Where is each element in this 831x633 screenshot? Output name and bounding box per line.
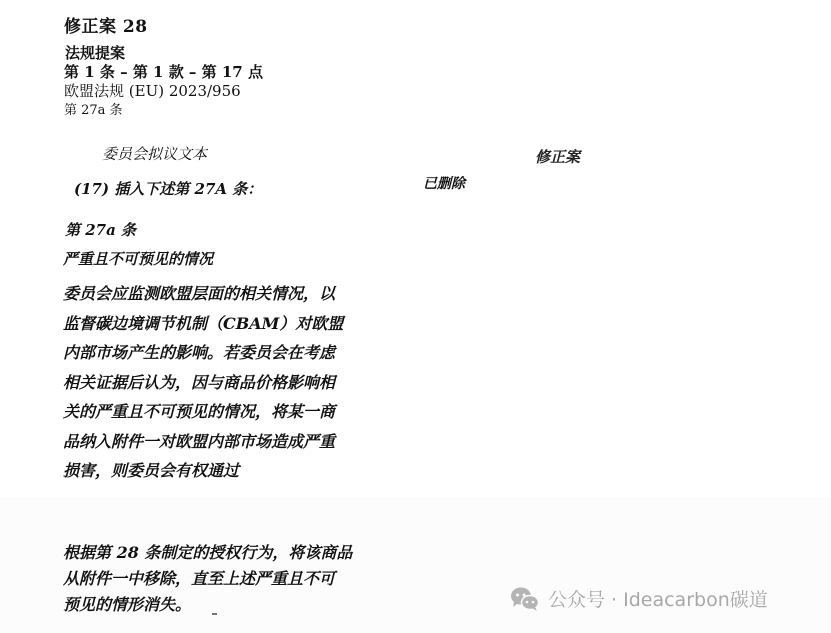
paragraph-line: 内部市场产生的影响。若委员会在考虑 [63,338,343,368]
paragraph-line: 委员会应监测欧盟层面的相关情况，以 [63,279,343,309]
paragraph-line: 关的严重且不可预见的情况，将某一商 [63,397,343,427]
paragraph-line: 监督碳边境调节机制（CBAM）对欧盟 [63,309,343,339]
paragraph-line: 根据第 28 条制定的授权行为，将该商品 [63,540,352,566]
article-reference: 第 1 条 – 第 1 款 – 第 17 点 [64,61,263,82]
commission-text-heading: 委员会拟议文本 [102,143,207,164]
paragraph-line: 预见的情形消失。 [63,592,352,618]
article-paragraph-1: 委员会应监测欧盟层面的相关情况，以 监督碳边境调节机制（CBAM）对欧盟 内部市… [63,279,343,486]
paragraph-line: 相关证据后认为，因与商品价格影响相 [63,368,343,398]
page-mark [212,613,217,615]
watermark: 公众号 · Ideacarbon碳道 [510,585,768,612]
paragraph-line: 损害，则委员会有权通过 [63,456,343,486]
insert-instruction: (17) 插入下述第 27A 条： [74,178,262,199]
amendment-title: 修正案 28 [64,12,148,37]
new-article-number: 第 27a 条 [65,219,136,240]
paragraph-line: 品纳入附件一对欧盟内部市场造成严重 [63,427,343,457]
new-article-title: 严重且不可预见的情况 [63,248,213,269]
regulation-reference: 欧盟法规 (EU) 2023/956 [64,80,241,101]
deleted-status: 已删除 [423,173,465,193]
amendment-column-heading: 修正案 [535,146,580,167]
article-paragraph-2: 根据第 28 条制定的授权行为，将该商品 从附件一中移除，直至上述严重且不可 预… [63,540,352,618]
proposal-label: 法规提案 [65,42,125,63]
article-sub-reference: 第 27a 条 [64,99,123,118]
wechat-icon [510,586,540,612]
paragraph-line: 从附件一中移除，直至上述严重且不可 [63,566,352,592]
watermark-text: 公众号 · Ideacarbon碳道 [548,585,768,612]
